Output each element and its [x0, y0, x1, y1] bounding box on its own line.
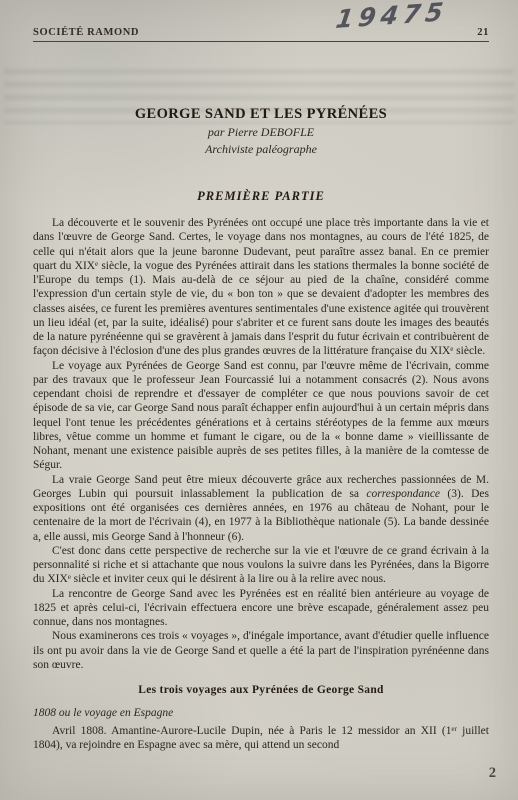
paragraph: Avril 1808. Amantine-Aurore-Lucile Dupin…: [33, 724, 489, 753]
paragraph: Nous examinerons ces trois « voyages », …: [33, 629, 489, 672]
part-heading: PREMIÈRE PARTIE: [33, 189, 489, 204]
header-page-number: 21: [477, 27, 489, 38]
author-role: Archiviste paléographe: [33, 142, 489, 157]
scanned-journal-page: 19475 SOCIÉTÉ RAMOND 21 GEORGE SAND ET L…: [0, 0, 518, 800]
paragraph: Le voyage aux Pyrénées de George Sand es…: [33, 359, 489, 473]
paragraph: La rencontre de George Sand avec les Pyr…: [33, 587, 489, 630]
bottom-page-number: 2: [489, 765, 496, 782]
article-body: La découverte et le souvenir des Pyrénée…: [33, 216, 489, 753]
paragraph: La découverte et le souvenir des Pyrénée…: [33, 216, 489, 359]
paragraph: La vraie George Sand peut être mieux déc…: [33, 473, 489, 544]
section-subheading: 1808 ou le voyage en Espagne: [33, 707, 489, 719]
section-heading: Les trois voyages aux Pyrénées de George…: [33, 684, 489, 696]
running-header: SOCIÉTÉ RAMOND 21: [33, 27, 489, 42]
title-block: GEORGE SAND ET LES PYRÉNÉES par Pierre D…: [33, 106, 489, 157]
article-title: GEORGE SAND ET LES PYRÉNÉES: [33, 106, 489, 123]
page-content: SOCIÉTÉ RAMOND 21 GEORGE SAND ET LES PYR…: [33, 0, 489, 753]
italicized-word: correspondance: [366, 488, 440, 500]
journal-name: SOCIÉTÉ RAMOND: [33, 27, 139, 38]
paragraph: C'est donc dans cette perspective de rec…: [33, 544, 489, 587]
author-byline: par Pierre DEBOFLE: [33, 125, 489, 140]
